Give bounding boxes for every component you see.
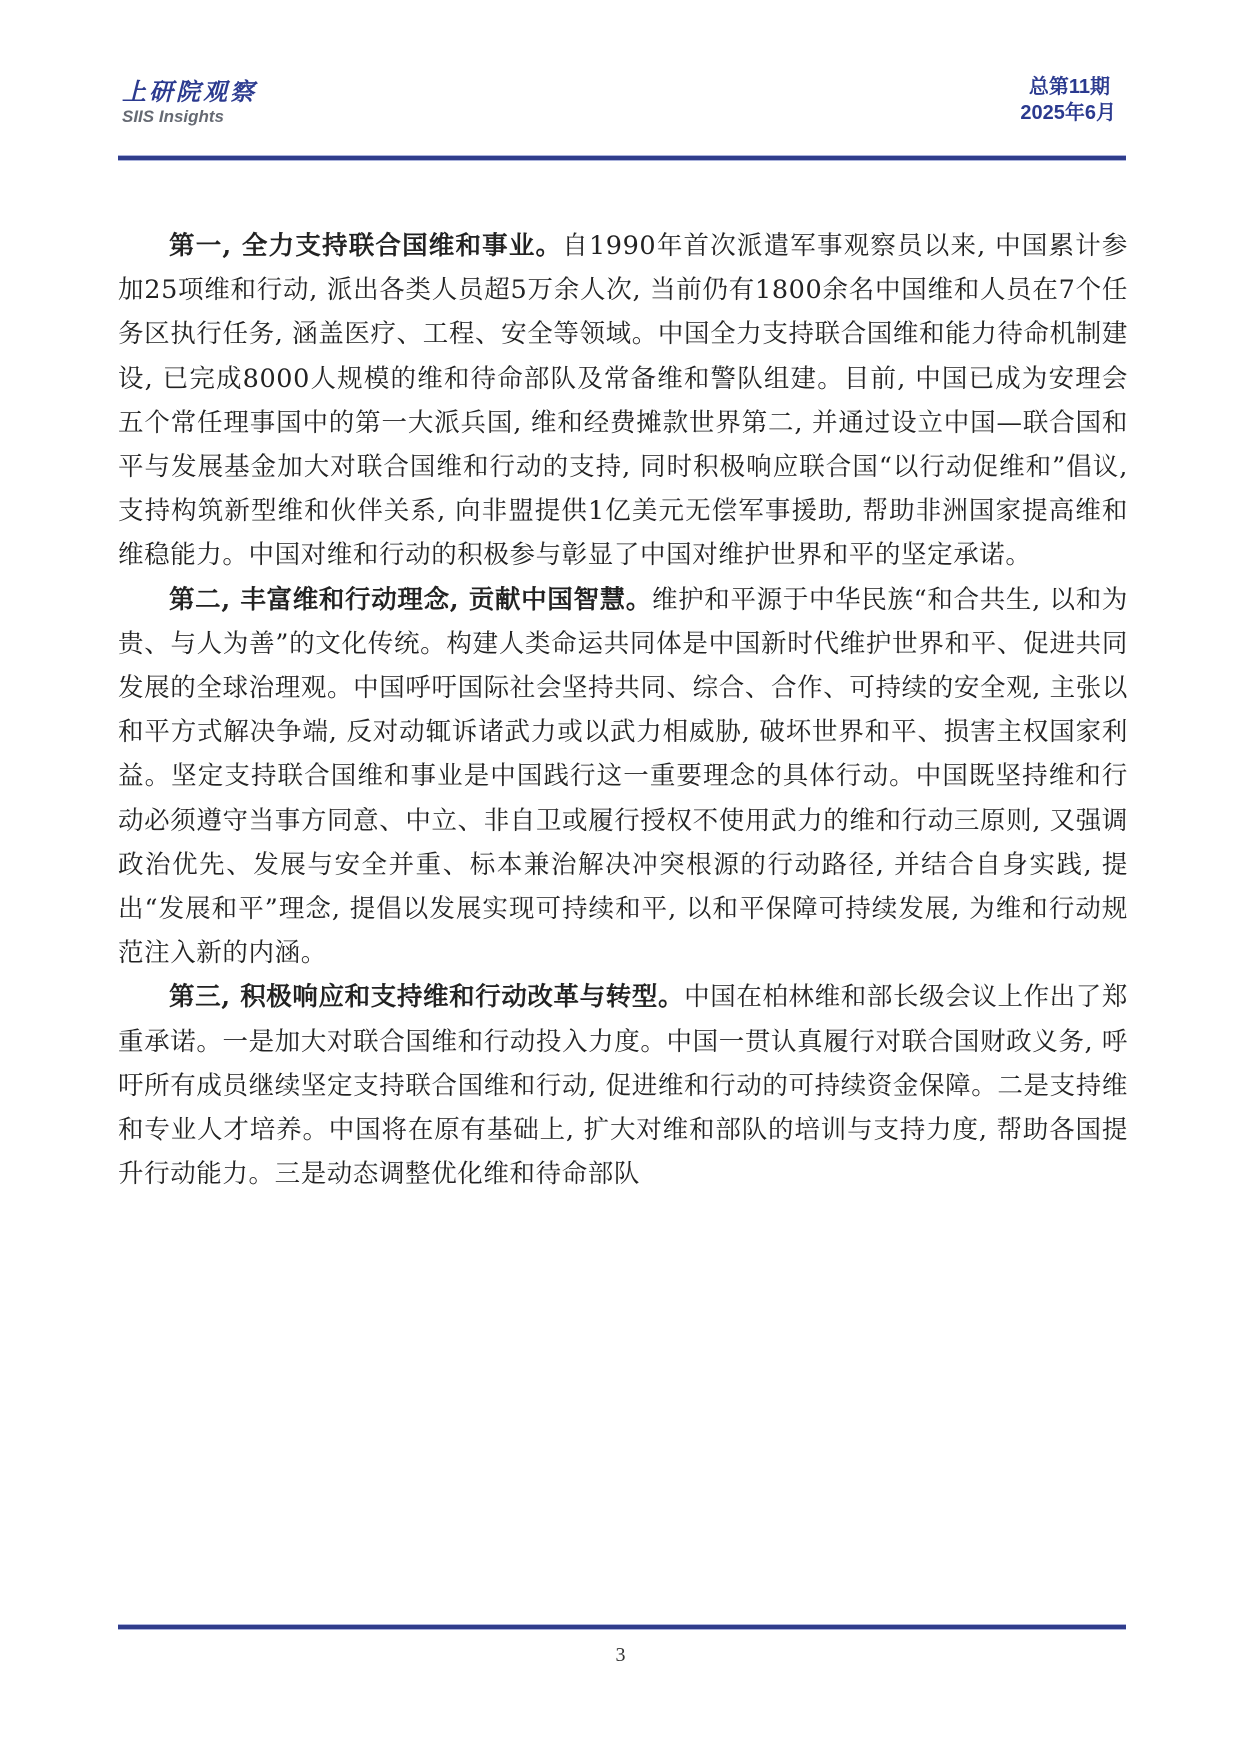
paragraph-text: 自1990年首次派遣军事观察员以来, 中国累计参加25项维和行动, 派出各类人员… <box>118 231 1128 570</box>
issue-number: 总第11期 <box>1020 74 1116 100</box>
issue-info: 总第11期 2025年6月 <box>1020 74 1116 126</box>
paragraph: 第一, 全力支持联合国维和事业。自1990年首次派遣军事观察员以来, 中国累计参… <box>118 224 1128 578</box>
paragraph-text: 中国在柏林维和部长级会议上作出了郑重承诺。一是加大对联合国维和行动投入力度。中国… <box>118 982 1128 1189</box>
footer-divider <box>118 1625 1126 1629</box>
paragraph: 第三, 积极响应和支持维和行动改革与转型。中国在柏林维和部长级会议上作出了郑重承… <box>118 975 1128 1196</box>
article-body: 第一, 全力支持联合国维和事业。自1990年首次派遣军事观察员以来, 中国累计参… <box>118 224 1128 1196</box>
paragraph-heading: 第一, 全力支持联合国维和事业。 <box>169 231 562 261</box>
paragraph-text: 维护和平源于中华民族“和合共生, 以和为贵、与人为善”的文化传统。构建人类命运共… <box>118 585 1128 969</box>
paragraph: 第二, 丰富维和行动理念, 贡献中国智慧。维护和平源于中华民族“和合共生, 以和… <box>118 578 1128 976</box>
header-divider <box>118 156 1126 160</box>
issue-date: 2025年6月 <box>1020 100 1116 126</box>
logo-english: SIIS Insights <box>122 107 257 127</box>
paragraph-heading: 第二, 丰富维和行动理念, 贡献中国智慧。 <box>169 585 652 615</box>
paragraph-heading: 第三, 积极响应和支持维和行动改革与转型。 <box>169 982 684 1012</box>
header-logo: 上研院观察 SIIS Insights <box>122 78 257 127</box>
page-number: 3 <box>0 1644 1241 1667</box>
logo-chinese: 上研院观察 <box>122 78 257 106</box>
